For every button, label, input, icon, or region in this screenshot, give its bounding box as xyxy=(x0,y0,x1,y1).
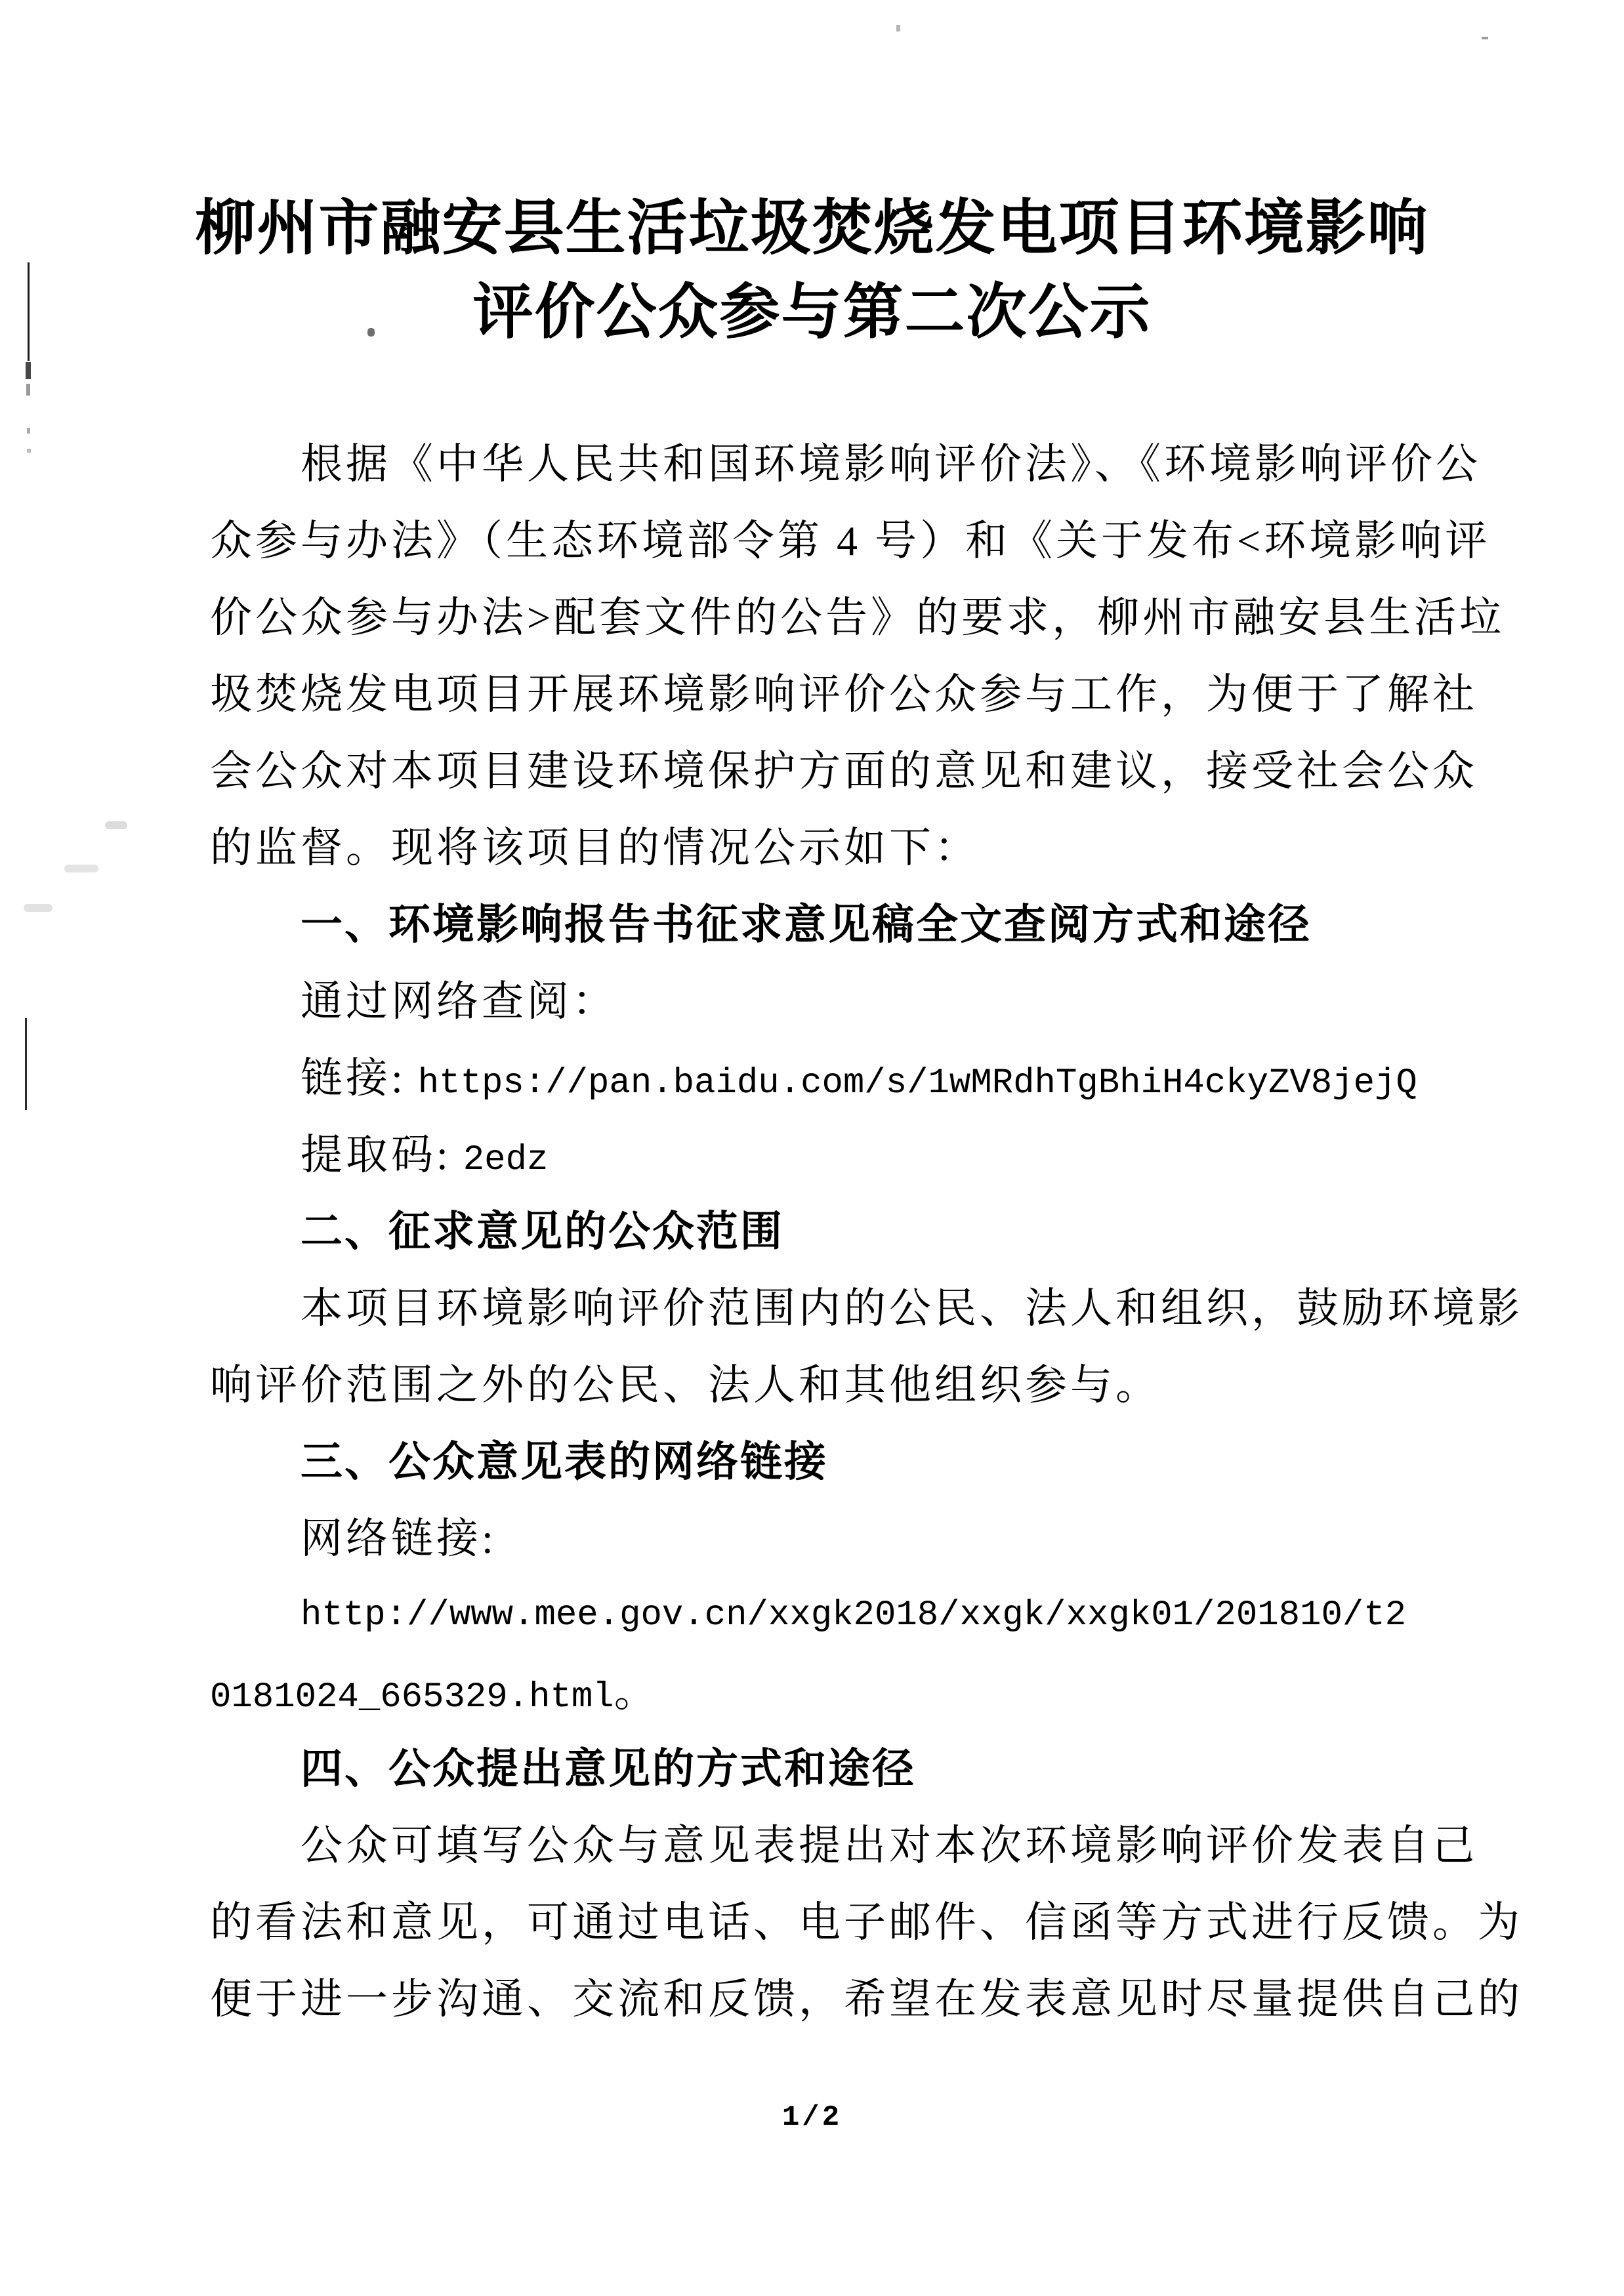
extraction-code-value: 2edz xyxy=(463,1140,549,1180)
scan-artifact xyxy=(64,865,98,872)
section-1-heading: 一、环境影响报告书征求意见稿全文查阅方式和途径 xyxy=(210,886,1451,963)
scan-artifact xyxy=(1482,37,1488,39)
extraction-code-label: 提取码: xyxy=(301,1132,451,1178)
scan-artifact xyxy=(27,449,31,453)
intro-line: 众参与办法》（生态环境部令第 4 号）和《关于发布<环境影响评 xyxy=(210,502,1451,579)
section-3-heading: 三、公众意见表的网络链接 xyxy=(210,1424,1451,1500)
scan-artifact xyxy=(26,384,30,396)
link-label: 链接: xyxy=(301,1055,406,1101)
intro-line: 会公众对本项目建设环境保护方面的意见和建议，接受社会公众 xyxy=(210,733,1451,810)
section-4-heading: 四、公众提出意见的方式和途径 xyxy=(210,1731,1451,1807)
document-body: 根据《中华人民共和国环境影响评价法》、《环境影响评价公 众参与办法》（生态环境部… xyxy=(210,426,1451,2038)
baidu-pan-link-line: 链接:https://pan.baidu.com/s/1wMRdhTgBhiH4… xyxy=(210,1040,1451,1117)
scan-artifact xyxy=(367,328,375,337)
sentence-period: 。 xyxy=(614,1669,659,1715)
section-4-line: 便于进一步沟通、交流和反馈，希望在发表意见时尽量提供自己的 xyxy=(210,1961,1451,2038)
document-title-line-1: 柳州市融安县生活垃圾焚烧发电项目环境影响 xyxy=(0,186,1624,270)
scanned-document-page: 柳州市融安县生活垃圾焚烧发电项目环境影响 评价公众参与第二次公示 根据《中华人民… xyxy=(0,0,1624,2296)
mee-url-line-2: 0181024_665329.html。 xyxy=(210,1654,1451,1731)
intro-line: 圾焚烧发电项目开展环境影响评价公众参与工作，为便于了解社 xyxy=(210,656,1451,733)
mee-url-continuation: 0181024_665329.html xyxy=(210,1677,614,1717)
page-number: 1/2 xyxy=(0,2099,1624,2136)
mee-url-line-1: http://www.mee.gov.cn/xxgk2018/xxgk/xxgk… xyxy=(210,1577,1451,1654)
section-3-intro-line: 网络链接: xyxy=(210,1500,1451,1577)
document-title-line-2: 评价公众参与第二次公示 xyxy=(0,270,1624,354)
scan-artifact xyxy=(28,262,30,361)
section-4-line: 的看法和意见，可通过电话、电子邮件、信函等方式进行反馈。为 xyxy=(210,1884,1451,1961)
section-4-line: 公众可填写公众与意见表提出对本次环境影响评价发表自己 xyxy=(210,1807,1451,1884)
scan-artifact xyxy=(896,25,900,31)
intro-line: 价公众参与办法>配套文件的公告》的要求，柳州市融安县生活垃 xyxy=(210,579,1451,656)
scan-artifact xyxy=(26,362,31,379)
baidu-pan-url: https://pan.baidu.com/s/1wMRdhTgBhiH4cky… xyxy=(418,1063,1417,1103)
scan-artifact xyxy=(25,1018,27,1110)
intro-line: 的监督。现将该项目的情况公示如下： xyxy=(210,810,1451,886)
scan-artifact xyxy=(24,904,52,912)
scan-artifact xyxy=(27,428,30,434)
section-2-line: 响评价范围之外的公民、法人和其他组织参与。 xyxy=(210,1347,1451,1424)
scan-artifact xyxy=(105,821,127,829)
extraction-code-line: 提取码:2edz xyxy=(210,1117,1451,1193)
document-title: 柳州市融安县生活垃圾焚烧发电项目环境影响 评价公众参与第二次公示 xyxy=(0,186,1624,354)
intro-line: 根据《中华人民共和国环境影响评价法》、《环境影响评价公 xyxy=(210,426,1451,502)
section-2-heading: 二、征求意见的公众范围 xyxy=(210,1193,1451,1270)
section-1-access-line: 通过网络查阅： xyxy=(210,963,1451,1040)
section-2-line: 本项目环境影响评价范围内的公民、法人和组织，鼓励环境影 xyxy=(210,1270,1451,1347)
